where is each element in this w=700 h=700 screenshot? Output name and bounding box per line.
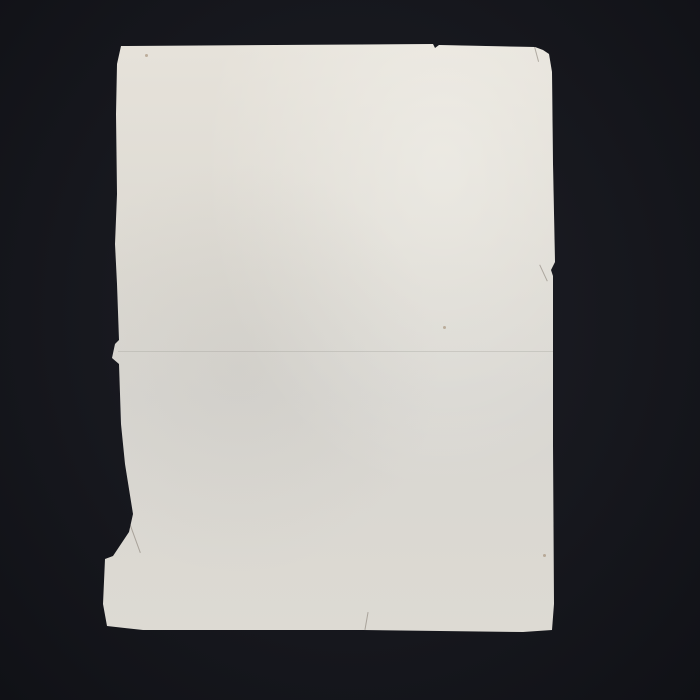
blank-paper-sheet bbox=[103, 44, 555, 632]
edge-tear bbox=[534, 46, 539, 62]
paper-speck bbox=[443, 326, 446, 329]
paper-speck bbox=[543, 554, 546, 557]
photo-scene bbox=[0, 0, 700, 700]
edge-tear bbox=[539, 265, 548, 282]
paper-speck bbox=[145, 54, 148, 57]
edge-tear bbox=[126, 515, 141, 553]
edge-tear bbox=[364, 612, 368, 630]
horizontal-fold-crease bbox=[118, 351, 553, 352]
